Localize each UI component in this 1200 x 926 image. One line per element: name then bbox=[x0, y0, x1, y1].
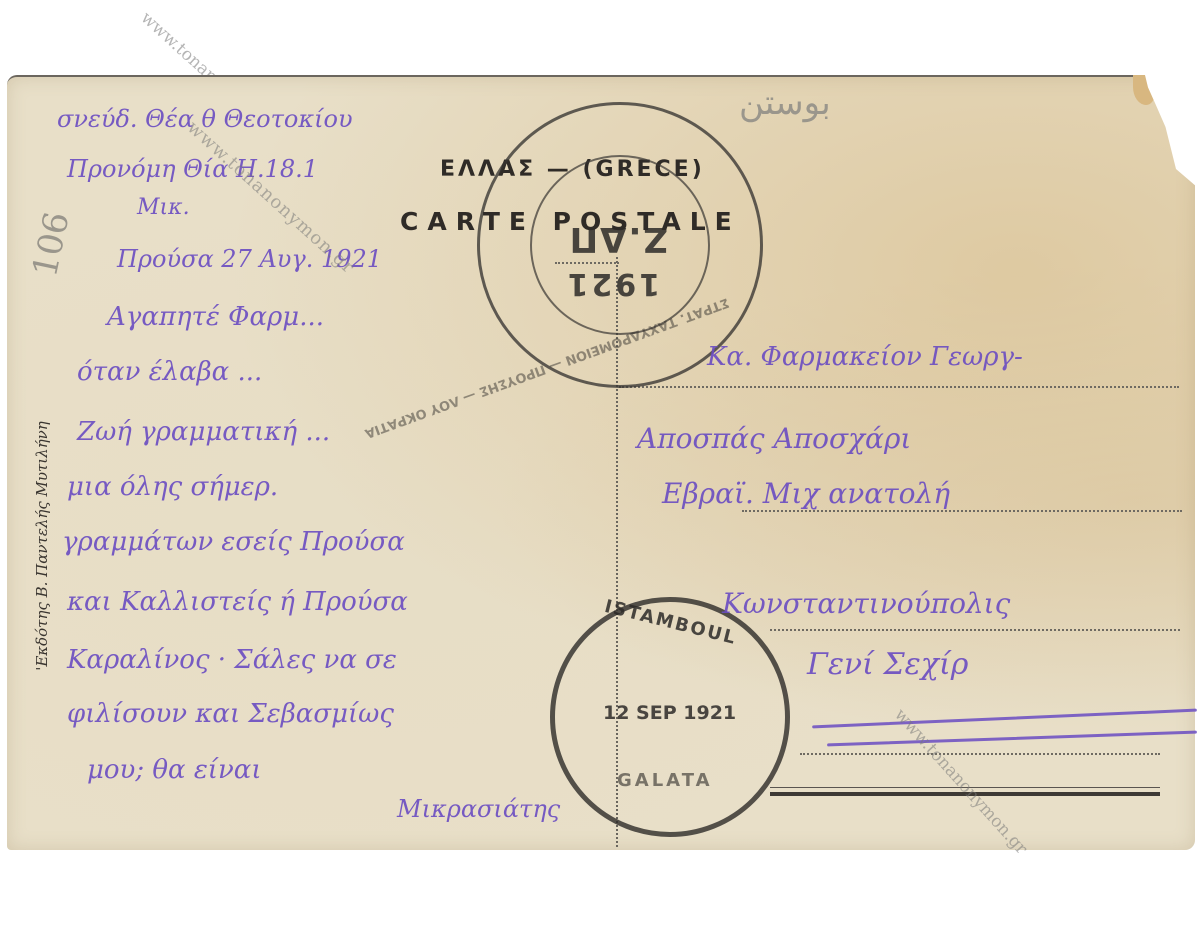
message-line: Ζωή γραμματική ... bbox=[77, 417, 330, 447]
message-line: όταν έλαβα ... bbox=[77, 357, 262, 387]
message-line: μου; θα είναι bbox=[87, 755, 262, 785]
address-text: Εβραϊ. Μιχ ανατολή bbox=[662, 477, 950, 510]
address-text: Αποσπάς Αποσχάρι bbox=[637, 422, 911, 455]
message-line: και Καλλιστείς ή Προύσα bbox=[67, 587, 408, 617]
message-line: φιλίσουν και Σεβασμίως bbox=[67, 699, 394, 729]
address-underline-1 bbox=[812, 709, 1197, 729]
address-text: Κα. Φαρμακείον Γεωργ- bbox=[707, 342, 1023, 372]
signature: Μικρασιάτης bbox=[397, 795, 560, 823]
message-line: μια όλης σήμερ. bbox=[67, 472, 278, 502]
istanbul-postmark-top: ISTAMBOUL bbox=[602, 596, 739, 649]
address-line-3 bbox=[742, 510, 1182, 512]
pencil-ottoman-note: بوستن bbox=[739, 83, 831, 123]
address-text: Κωνσταντινούπολις bbox=[722, 587, 1010, 620]
message-line: Καραλίνος · Σάλες να σε bbox=[67, 645, 397, 675]
publisher-imprint: 'Εκδότης Β. Παντελής Μυτιλήνη bbox=[33, 381, 51, 711]
postmark-center-text: Ζ.ΔΠ bbox=[568, 219, 668, 259]
message-line: Αγαπητέ Φαρμ... bbox=[107, 302, 324, 332]
address-line-5 bbox=[800, 753, 1160, 755]
postcard-back: ΕΛΛΑΣ — (GRECE) CARTE POSTALE 'Εκδότης Β… bbox=[7, 75, 1195, 850]
address-text: Γενί Σεχίρ bbox=[807, 647, 968, 682]
address-line-4 bbox=[770, 629, 1180, 631]
message-line: γραμμάτων εσείς Προύσα bbox=[62, 527, 405, 557]
postmark-year: 1921 bbox=[565, 266, 661, 301]
pencil-number: 106 bbox=[25, 209, 78, 281]
istanbul-postmark-bottom: GALATA bbox=[617, 770, 713, 791]
message-line: Προνόμη Θία Η.18.1 bbox=[67, 155, 318, 183]
address-underline-2 bbox=[827, 731, 1197, 747]
istanbul-postmark: ISTAMBOUL 12 SEP 1921 GALATA bbox=[550, 597, 790, 837]
istanbul-postmark-date: 12 SEP 1921 bbox=[603, 702, 736, 724]
message-line: Μικ. bbox=[137, 195, 190, 220]
address-line-2 bbox=[619, 386, 1179, 388]
